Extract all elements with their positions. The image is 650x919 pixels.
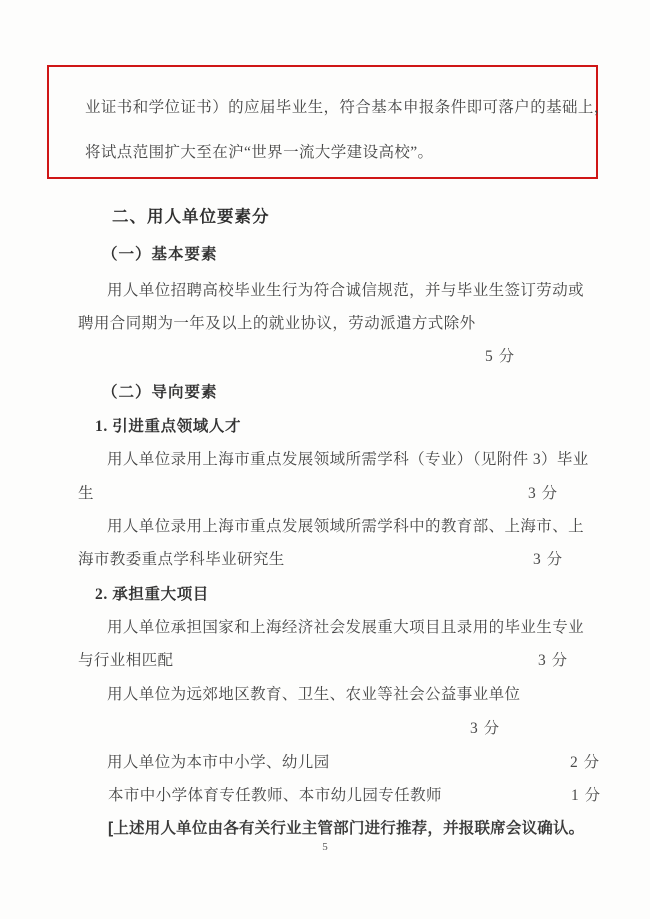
guide-item2-a-line-1: 用人单位承担国家和上海经济社会发展重大项目且录用的毕业生专业 — [107, 618, 584, 638]
guide-item2-b-score: 3 分 — [470, 719, 500, 739]
guide-item1-b-line-2-text: 海市教委重点学科毕业研究生 — [78, 551, 285, 568]
document-page: 业证书和学位证书）的应届毕业生，符合基本申报条件即可落户的基础上， 将试点范围扩… — [0, 0, 650, 919]
guide-item2-d-text: 本市中小学体育专任教师、本市幼儿园专任教师 — [108, 787, 442, 804]
guide-item1-b-line-2: 海市教委重点学科毕业研究生 3 分 — [78, 550, 285, 570]
guide-item2-c-text: 用人单位为本市中小学、幼儿园 — [107, 754, 330, 771]
guide-item2-b-line-1: 用人单位为远郊地区教育、卫生、农业等社会公益事业单位 — [107, 685, 520, 705]
red-highlight-box: 业证书和学位证书）的应届毕业生，符合基本申报条件即可落户的基础上， 将试点范围扩… — [47, 65, 598, 179]
guide-item1-title: 1. 引进重点领域人才 — [95, 417, 241, 437]
guide-item2-c-score: 2 分 — [570, 753, 600, 773]
basic-score-value: 5 分 — [485, 347, 515, 367]
basic-body-line-2: 聘用合同期为一年及以上的就业协议，劳动派遣方式除外 — [78, 314, 476, 334]
guide-item1-a-line-1: 用人单位录用上海市重点发展领域所需学科（专业）（见附件 3）毕业 — [107, 450, 589, 470]
guide-item1-b-score: 3 分 — [533, 550, 563, 570]
guide-item1-a-score: 3 分 — [528, 484, 558, 504]
subsection-basic-title: （一）基本要素 — [102, 245, 218, 265]
highlight-text-line-2: 将试点范围扩大至在沪“世界一流大学建设高校”。 — [85, 143, 433, 163]
guide-item1-a-line-2-text: 生 — [78, 485, 94, 502]
footnote-line: [上述用人单位由各有关行业主管部门进行推荐，并报联席会议确认。 — [108, 819, 584, 839]
subsection-guide-title: （二）导向要素 — [102, 383, 218, 403]
guide-item2-c-line: 用人单位为本市中小学、幼儿园 2 分 — [107, 753, 330, 773]
guide-item2-title: 2. 承担重大项目 — [95, 585, 209, 605]
guide-item2-a-line-2: 与行业相匹配 3 分 — [78, 651, 173, 671]
guide-item2-d-score: 1 分 — [571, 786, 601, 806]
basic-body-line-1: 用人单位招聘高校毕业生行为符合诚信规范，并与毕业生签订劳动或 — [107, 281, 584, 301]
guide-item2-a-line-2-text: 与行业相匹配 — [78, 652, 173, 669]
page-number: 5 — [0, 841, 650, 853]
highlight-text-line-1: 业证书和学位证书）的应届毕业生，符合基本申报条件即可落户的基础上， — [85, 98, 610, 118]
guide-item2-a-score: 3 分 — [538, 651, 568, 671]
guide-item1-a-line-2: 生 3 分 — [78, 484, 94, 504]
section-heading: 二、用人单位要素分 — [112, 207, 270, 227]
guide-item1-b-line-1: 用人单位录用上海市重点发展领域所需学科中的教育部、上海市、上 — [107, 517, 584, 537]
guide-item2-d-line: 本市中小学体育专任教师、本市幼儿园专任教师 1 分 — [108, 786, 442, 806]
